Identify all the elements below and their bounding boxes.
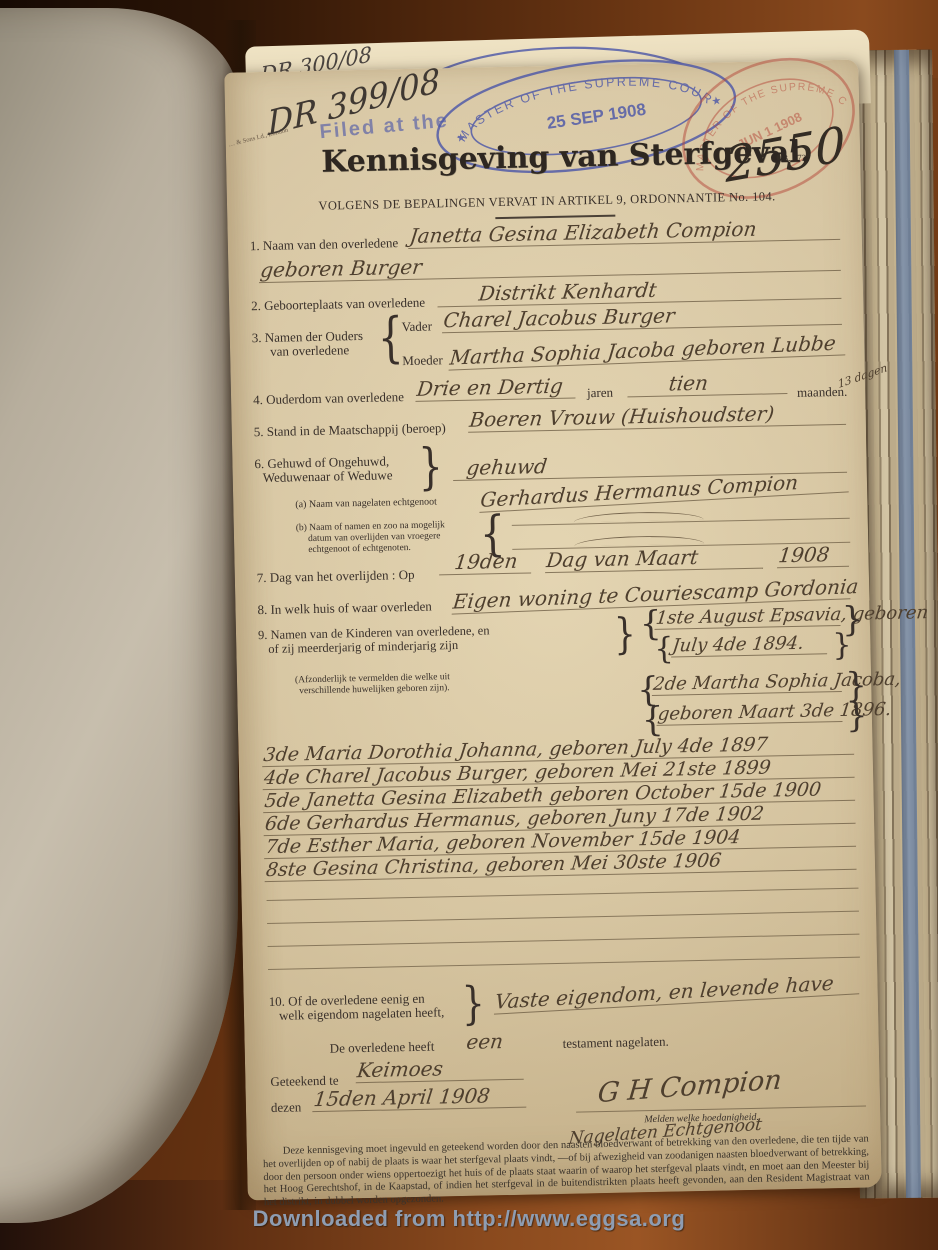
field-6a-label: (a) Naam van nagelaten echtgenoot <box>295 496 437 510</box>
watermark-footer: Downloaded from http://www.eggsa.org <box>0 1206 938 1232</box>
field-1-label: 1. Naam van den overledene <box>250 235 399 254</box>
signature: G H Compion <box>596 1064 783 1109</box>
title-divider <box>495 215 615 220</box>
child-1b-brace-close: } <box>832 628 852 663</box>
instructions-paragraph: Deze kennisgeving moet ingevuld en getee… <box>263 1134 870 1211</box>
blue-page-edge <box>894 50 921 1198</box>
field-9-brace: } <box>614 609 637 659</box>
jaren-label: jaren <box>587 385 613 402</box>
blank-line-3 <box>267 888 859 901</box>
field-6b-label-2: datum van overlijden van vroegere <box>308 531 441 544</box>
child-2-line-2: geboren Maart 3de 1896. <box>656 700 845 726</box>
child-1-line-2: July 4de 1894. <box>671 632 830 657</box>
signed-on-label: dezen <box>271 1099 302 1116</box>
field-9-note-2: verschillende huwelijken geboren zijn). <box>299 683 450 696</box>
field-10-label-2: welk eigendom nagelaten heeft, <box>279 1004 445 1023</box>
child-1-line-1: 1ste August Epsavia, geboren <box>654 604 843 630</box>
field-1-value: Janetta Gesina Elizabeth Compion <box>408 215 843 249</box>
field-10-brace: } <box>461 978 485 1030</box>
field-7-label: 7. Dag van het overlijden : Op <box>257 567 415 586</box>
blank-line-4 <box>267 911 859 924</box>
moeder-label: Moeder <box>402 352 443 369</box>
testament-value: een <box>465 1029 504 1054</box>
child-2b-brace-close: } <box>845 695 867 735</box>
death-year-value: 1908 <box>777 542 852 569</box>
signed-at-value: Keimoes <box>356 1055 527 1084</box>
field-8-label: 8. In welk huis of waar overleden <box>257 599 432 619</box>
left-blank-page <box>0 8 238 1223</box>
field-9-label-2: of zij meerderjarig of minderjarig zijn <box>268 638 458 657</box>
age-months-value: tien <box>627 369 790 397</box>
blank-line-6 <box>268 957 860 970</box>
svg-text:25 SEP 1908: 25 SEP 1908 <box>546 100 648 133</box>
field-3-brace: { <box>377 307 404 370</box>
field-6-label-2: Weduwenaar of Weduwe <box>263 467 393 486</box>
signed-on-value: 15den April 1908 <box>312 1083 529 1113</box>
death-day-value: 19den <box>439 548 534 575</box>
field-10-value: Vaste eigendom, en levende have <box>494 969 861 1014</box>
field-5-value: Boeren Vrouw (Huishoudster) <box>468 400 849 433</box>
field-4-label: 4. Ouderdom van overledene <box>253 389 404 408</box>
vader-label: Vader <box>401 318 432 335</box>
field-3-label-2: van overledene <box>270 342 349 360</box>
moeder-value: Martha Sophia Jacoba geboren Lubbe <box>449 330 848 370</box>
field-6-brace: } <box>418 438 443 496</box>
field-6b-label-3: echtgenoot of echtgenoten. <box>308 543 411 555</box>
blank-line-5 <box>268 934 860 947</box>
testament-post: testament nagelaten. <box>563 1034 669 1052</box>
testament-pre: De overledene heeft <box>330 1039 435 1057</box>
age-years-value: Drie en Dertig <box>415 373 578 401</box>
death-notice-form: … & Sons Ld., London DR 399/08 Filed at … <box>224 59 881 1200</box>
death-date-value: Dag van Maart <box>545 544 766 574</box>
child-1b-brace-open: { <box>654 631 674 666</box>
child-2-line-1: 2de Martha Sophia Jacoba, <box>652 670 845 696</box>
